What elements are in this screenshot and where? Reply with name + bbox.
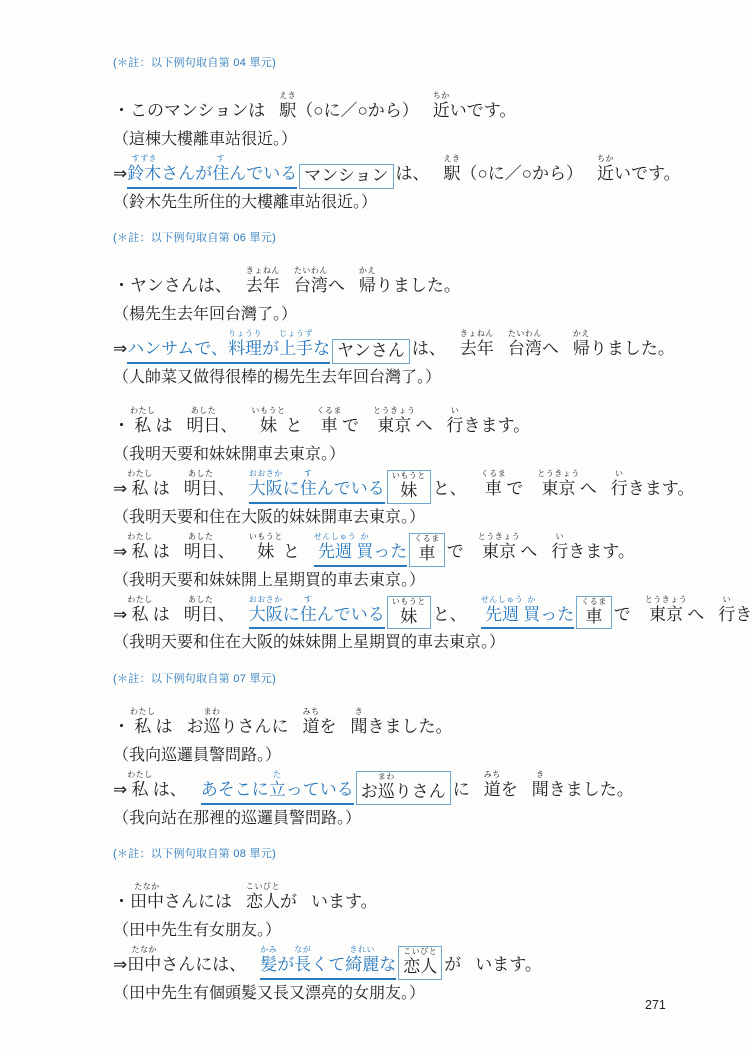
example-sentence: ・このマンションはえき駅（○に／○から）ちか近いです。: [113, 92, 720, 126]
base-text: 料理: [228, 339, 262, 359]
furigana: わたし: [127, 470, 153, 478]
base-text: きます。: [464, 416, 531, 436]
word-token: とうきょう東京: [373, 407, 416, 441]
word-token: を: [501, 780, 518, 805]
word-token: りさん: [395, 782, 446, 802]
base-text: で: [506, 479, 523, 499]
base-text: 車: [481, 479, 507, 499]
example-sentence: ・わたし私はおまわ巡りさんにみち道をき聞きました。: [113, 708, 720, 742]
base-text: 立: [269, 780, 286, 800]
base-text: ヤンさんは、: [130, 276, 232, 296]
modifier-token: んでいる: [317, 479, 385, 504]
word-token: は、: [412, 339, 446, 364]
base-text: へ: [520, 542, 537, 562]
word-token: たなか田中: [130, 883, 164, 917]
base-text: を: [320, 717, 337, 737]
word-token: わたし私: [130, 708, 156, 742]
modifier-token: す住: [212, 155, 229, 189]
furigana: くるま: [581, 598, 607, 606]
base-text: 鈴木: [127, 164, 161, 184]
modified-noun-box: おまわ巡りさん: [356, 771, 451, 805]
base-text: 上手: [279, 339, 313, 359]
word-token: ちか近: [433, 92, 450, 126]
word-token: わたし私: [127, 596, 153, 630]
bullet-marker: ・: [113, 276, 130, 301]
word-token: みち道: [303, 708, 320, 742]
base-text: んでいる: [229, 164, 297, 184]
base-text: は: [156, 416, 173, 436]
base-text: きます。: [628, 479, 695, 499]
word-token: いもうと妹: [252, 407, 286, 441]
furigana: あした: [184, 470, 218, 478]
base-text: 私: [127, 605, 153, 625]
example-sentence: ・ヤンさんは、きょねん去年たいわん台湾へかえ帰りました。: [113, 267, 720, 301]
base-text: へ: [328, 276, 345, 296]
modifier-token: りょうり料理: [228, 330, 262, 364]
word-token: まわ巡: [378, 773, 395, 802]
furigana: かみ: [260, 946, 277, 954]
word-token: わたし私: [130, 407, 156, 441]
word-token: かえ帰: [573, 330, 590, 364]
base-text: 大阪: [249, 605, 283, 625]
word-token: へ: [687, 605, 704, 630]
chinese-translation: （人帥菜又做得很棒的楊先生去年回台灣了。）: [113, 367, 720, 389]
base-text: 田中: [127, 955, 161, 975]
furigana: い: [447, 407, 464, 415]
word-token: は: [156, 416, 173, 441]
base-text: 去年: [460, 339, 494, 359]
furigana: とうきょう: [537, 470, 580, 478]
word-token: きます。: [568, 542, 635, 567]
base-text: 、: [218, 542, 235, 562]
word-token: こいびと恋人: [246, 883, 280, 917]
furigana: すずき: [127, 155, 161, 163]
base-text: 大阪: [249, 479, 283, 499]
example-section: (＊註：以下例句取自第 06 單元)・ヤンさんは、きょねん去年たいわん台湾へかえ…: [113, 232, 720, 655]
chinese-translation: （我向站在那裡的巡邏員警問路。）: [113, 808, 720, 830]
modifier-token: が: [277, 955, 294, 980]
textbook-page: (＊註：以下例句取自第 04 單元)・このマンションはえき駅（○に／○から）ちか…: [0, 0, 750, 1054]
word-token: わたし私: [127, 533, 153, 567]
base-text: で: [614, 605, 631, 625]
furigana: あした: [187, 407, 221, 415]
word-token: で: [447, 542, 464, 567]
base-text: 私: [127, 542, 153, 562]
furigana: す: [212, 155, 229, 163]
furigana: わたし: [127, 596, 153, 604]
base-text: 妹: [392, 607, 426, 627]
word-token: とうきょう東京: [645, 596, 688, 630]
furigana: か: [356, 533, 373, 541]
word-token: と、: [433, 605, 467, 630]
word-token: たいわん台湾: [508, 330, 542, 364]
word-token: いです。: [614, 164, 681, 189]
modified-noun-box: くるま車: [409, 533, 445, 567]
word-token: へ: [580, 479, 597, 504]
furigana: ちか: [433, 92, 450, 100]
furigana: わたし: [130, 407, 156, 415]
example-sentence: ⇒たなか田中さんには、かみ髪がなが長くてきれい綺麗なこいびと恋人がいます。: [113, 946, 720, 980]
base-text: くて: [311, 955, 345, 975]
base-text: （○に／○から）: [296, 101, 419, 121]
word-token: きました。: [368, 717, 453, 742]
word-token: （○に／○から）: [296, 101, 419, 126]
furigana: き: [532, 771, 549, 779]
modifier-token: きれい綺麗: [345, 946, 379, 980]
base-text: 私: [127, 479, 153, 499]
base-text: 行: [447, 416, 464, 436]
example-sentence: ・わたし私はあした明日、いもうと妹とくるま車でとうきょう東京へい行きます。: [113, 407, 720, 441]
furigana: た: [269, 771, 286, 779]
modifier-token: った: [373, 542, 407, 567]
base-text: 車: [317, 416, 343, 436]
modifier-token: っている: [286, 780, 354, 805]
example-sentence: ⇒わたし私はあした明日、おおさか大阪にす住んでいるいもうと妹と、せんしゅう先週か…: [113, 596, 720, 630]
word-token: に: [453, 780, 470, 805]
furigana: くるま: [317, 407, 343, 415]
base-text: 買: [523, 605, 540, 625]
word-token: きます。: [735, 605, 750, 630]
base-text: が: [262, 339, 279, 359]
base-text: りさんに: [221, 717, 289, 737]
word-token: まわ巡: [204, 708, 221, 742]
word-token: 、: [221, 416, 238, 441]
bullet-marker: ・: [113, 717, 130, 742]
furigana: いもうと: [249, 533, 283, 541]
modifier-token: な: [379, 955, 396, 980]
word-token: ちか近: [597, 155, 614, 189]
word-token: います。: [311, 892, 378, 917]
arrow-marker: ⇒: [113, 955, 127, 980]
modifier-token: んでいる: [229, 164, 297, 189]
base-text: 車: [414, 544, 440, 564]
base-text: は: [156, 717, 173, 737]
base-text: 恋人: [403, 957, 437, 977]
furigana: かえ: [359, 267, 376, 275]
furigana: くるま: [414, 535, 440, 543]
base-text: んでいる: [317, 605, 385, 625]
word-token: （○に／○から）: [461, 164, 584, 189]
base-text: は、: [412, 339, 446, 359]
furigana: たいわん: [294, 267, 328, 275]
word-token: とうきょう東京: [537, 470, 580, 504]
word-token: さんには、: [161, 955, 246, 980]
base-text: 私: [130, 717, 156, 737]
word-token: こいびと恋人: [403, 948, 437, 977]
base-text: に: [283, 605, 300, 625]
base-text: 巡: [204, 717, 221, 737]
base-text: 東京: [645, 605, 688, 625]
base-text: は、: [396, 164, 430, 184]
modified-noun-box: くるま車: [576, 596, 612, 630]
modifier-token: せんしゅう先週: [314, 533, 357, 567]
example-sentence: ⇒ハンサムで、りょうり料理がじょうず上手なヤンさんは、きょねん去年たいわん台湾へ…: [113, 330, 720, 364]
base-text: （○に／○から）: [461, 164, 584, 184]
word-token: は: [153, 479, 170, 504]
word-token: あした明日: [184, 470, 218, 504]
furigana: くるま: [481, 470, 507, 478]
base-text: った: [373, 542, 407, 562]
furigana: かえ: [573, 330, 590, 338]
base-text: 綺麗: [345, 955, 379, 975]
base-text: と: [286, 416, 303, 436]
word-token: あした明日: [187, 407, 221, 441]
modified-noun-box: マンション: [299, 164, 393, 189]
word-token: と: [283, 542, 300, 567]
base-text: 髪: [260, 955, 277, 975]
base-text: きました。: [549, 780, 634, 800]
modifier-token: あそこに: [201, 780, 269, 805]
word-token: いもうと妹: [392, 598, 426, 627]
base-text: 台湾: [294, 276, 328, 296]
base-text: で: [342, 416, 359, 436]
word-token: き聞: [532, 771, 549, 805]
base-text: な: [379, 955, 396, 975]
base-text: 恋人: [246, 892, 280, 912]
base-text: と: [283, 542, 300, 562]
furigana: い: [551, 533, 568, 541]
base-text: へ: [580, 479, 597, 499]
page-number: 271: [645, 998, 666, 1012]
chinese-translation: （楊先生去年回台灣了。）: [113, 304, 720, 326]
base-text: は: [153, 605, 170, 625]
furigana: なが: [294, 946, 311, 954]
base-text: 住: [300, 605, 317, 625]
base-text: 、: [218, 479, 235, 499]
base-text: っている: [286, 780, 354, 800]
modifier-token: かみ髪: [260, 946, 277, 980]
modifier-token: な: [313, 339, 330, 364]
base-text: ヤンさん: [337, 341, 405, 361]
base-text: と、: [433, 479, 467, 499]
modifier-token: すずき鈴木: [127, 155, 161, 189]
furigana: いもうと: [392, 472, 426, 480]
modifier-token: た立: [269, 771, 286, 805]
word-token: き聞: [351, 708, 368, 742]
example-section: (＊註：以下例句取自第 08 單元)・たなか田中さんにはこいびと恋人がいます。（…: [113, 848, 720, 1005]
furigana: たなか: [127, 946, 161, 954]
base-text: 先週: [314, 542, 357, 562]
unit-note: (＊註：以下例句取自第 04 單元): [113, 57, 720, 70]
word-token: へ: [416, 416, 433, 441]
base-text: このマンションは: [130, 101, 265, 121]
base-text: に: [283, 479, 300, 499]
base-text: 聞: [532, 780, 549, 800]
base-text: 明日: [184, 605, 218, 625]
word-token: きます。: [464, 416, 531, 441]
word-token: 、: [218, 479, 235, 504]
base-text: います。: [311, 892, 378, 912]
furigana: わたし: [127, 533, 153, 541]
modifier-token: ハンサムで、: [127, 339, 228, 364]
base-text: りさん: [395, 782, 446, 802]
bullet-marker: ・: [113, 101, 130, 126]
base-text: 私: [130, 416, 156, 436]
base-text: 、: [221, 416, 238, 436]
chinese-translation: （我明天要和妹妹開車去東京。）: [113, 444, 720, 466]
word-token: きます。: [628, 479, 695, 504]
modifier-token: す住: [300, 596, 317, 630]
furigana: いもうと: [252, 407, 286, 415]
furigana: いもうと: [392, 598, 426, 606]
word-token: は: [156, 717, 173, 742]
word-token: は: [153, 605, 170, 630]
bullet-marker: ・: [113, 416, 130, 441]
base-text: 住: [212, 164, 229, 184]
word-token: りました。: [590, 339, 675, 364]
furigana: とうきょう: [373, 407, 416, 415]
base-text: います。: [475, 955, 542, 975]
base-text: った: [540, 605, 574, 625]
furigana: おおさか: [249, 596, 283, 604]
furigana: ちか: [597, 155, 614, 163]
furigana: せんしゅう: [481, 596, 524, 604]
word-token: わたし私: [127, 771, 153, 805]
word-token: を: [320, 717, 337, 742]
base-text: 明日: [187, 416, 221, 436]
base-text: んでいる: [317, 479, 385, 499]
furigana: たなか: [130, 883, 164, 891]
base-text: 妹: [249, 542, 283, 562]
furigana: わたし: [127, 771, 153, 779]
modifier-token: か買: [523, 596, 540, 630]
chinese-translation: （田中先生有個頭髮又長又漂亮的女朋友。）: [113, 983, 720, 1005]
word-token: マンション: [304, 166, 388, 186]
word-token: へ: [328, 276, 345, 301]
word-token: は、: [153, 780, 187, 805]
furigana: まわ: [378, 773, 395, 781]
base-text: 私: [127, 780, 153, 800]
base-text: が: [280, 892, 297, 912]
chinese-translation: （鈴木先生所住的大樓離車站很近。）: [113, 192, 720, 214]
base-text: 、: [218, 605, 235, 625]
word-token: きょねん去年: [460, 330, 494, 364]
arrow-marker: ⇒: [113, 479, 127, 504]
furigana: か: [523, 596, 540, 604]
word-token: このマンションは: [130, 101, 265, 126]
base-text: 買: [356, 542, 373, 562]
furigana: えき: [444, 155, 461, 163]
word-token: くるま車: [317, 407, 343, 441]
word-token: で: [614, 605, 631, 630]
base-text: 行: [551, 542, 568, 562]
base-text: 近: [433, 101, 450, 121]
base-text: 先週: [481, 605, 524, 625]
word-token: いもうと妹: [249, 533, 283, 567]
modified-noun-box: いもうと妹: [387, 470, 431, 504]
chinese-translation: （我明天要和住在大阪的妹妹開上星期買的車去東京。）: [113, 632, 720, 654]
base-text: マンション: [304, 166, 388, 186]
base-text: 帰: [573, 339, 590, 359]
word-token: いです。: [450, 101, 517, 126]
base-text: 明日: [184, 479, 218, 499]
word-token: で: [342, 416, 359, 441]
base-text: りました。: [376, 276, 461, 296]
base-text: 東京: [537, 479, 580, 499]
modifier-token: か買: [356, 533, 373, 567]
word-token: さんには: [164, 892, 232, 917]
modifier-token: す住: [300, 470, 317, 504]
arrow-marker: ⇒: [113, 542, 127, 567]
arrow-marker: ⇒: [113, 605, 127, 630]
furigana: わたし: [130, 708, 156, 716]
arrow-marker: ⇒: [113, 164, 127, 189]
modifier-token: が: [262, 339, 279, 364]
base-text: 車: [581, 607, 607, 627]
arrow-marker: ⇒: [113, 780, 127, 805]
word-token: えき駅: [444, 155, 461, 189]
word-token: りさんに: [221, 717, 289, 742]
example-group: ・わたし私はおまわ巡りさんにみち道をき聞きました。（我向巡邏員警問路。）⇒わたし…: [113, 708, 720, 830]
word-token: へ: [520, 542, 537, 567]
base-text: が: [444, 955, 461, 975]
base-text: が: [277, 955, 294, 975]
example-section: (＊註：以下例句取自第 07 單元)・わたし私はおまわ巡りさんにみち道をき聞きま…: [113, 673, 720, 830]
example-group: ・このマンションはえき駅（○に／○から）ちか近いです。（這棟大樓離車站很近。）⇒…: [113, 92, 720, 214]
word-token: お: [361, 782, 378, 802]
word-token: ヤンさん: [337, 341, 405, 361]
modifier-token: に: [283, 605, 300, 630]
example-sentence: ⇒わたし私は、あそこにた立っているおまわ巡りさんにみち道をき聞きました。: [113, 771, 720, 805]
furigana: りょうり: [228, 330, 262, 338]
modified-noun-box: こいびと恋人: [398, 946, 442, 980]
base-text: 東京: [373, 416, 416, 436]
furigana: みち: [303, 708, 320, 716]
furigana: い: [718, 596, 735, 604]
furigana: い: [611, 470, 628, 478]
example-sentence: ⇒わたし私はあした明日、おおさか大阪にす住んでいるいもうと妹と、くるま車でとうき…: [113, 470, 720, 504]
furigana: こいびと: [403, 948, 437, 956]
base-text: 巡: [378, 782, 395, 802]
modifier-token: に: [283, 479, 300, 504]
example-group: ・わたし私はあした明日、いもうと妹とくるま車でとうきょう東京へい行きます。（我明…: [113, 407, 720, 655]
word-token: たなか田中: [127, 946, 161, 980]
base-text: へ: [542, 339, 559, 359]
word-token: います。: [475, 955, 542, 980]
base-text: きます。: [568, 542, 635, 562]
word-token: い行: [447, 407, 464, 441]
base-text: 行: [611, 479, 628, 499]
furigana: とうきょう: [645, 596, 688, 604]
base-text: へ: [416, 416, 433, 436]
base-text: ハンサムで、: [127, 339, 228, 359]
base-text: は: [153, 542, 170, 562]
base-text: に: [453, 780, 470, 800]
base-text: 住: [300, 479, 317, 499]
base-text: 駅: [444, 164, 461, 184]
modifier-token: おおさか大阪: [249, 470, 283, 504]
word-token: い行: [718, 596, 735, 630]
base-text: さんには: [164, 892, 232, 912]
word-token: くるま車: [581, 598, 607, 627]
base-text: 妹: [252, 416, 286, 436]
word-token: とうきょう東京: [478, 533, 521, 567]
furigana: たいわん: [508, 330, 542, 338]
chinese-translation: （我明天要和妹妹開上星期買的車去東京。）: [113, 570, 720, 592]
word-token: 、: [218, 605, 235, 630]
word-token: は: [153, 542, 170, 567]
base-text: さんには、: [161, 955, 246, 975]
word-token: きょねん去年: [246, 267, 280, 301]
modifier-token: なが長: [294, 946, 311, 980]
example-sentence: ・たなか田中さんにはこいびと恋人がいます。: [113, 883, 720, 917]
word-token: お: [187, 717, 204, 742]
word-token: いもうと妹: [392, 472, 426, 501]
base-text: を: [501, 780, 518, 800]
base-text: 道: [303, 717, 320, 737]
base-text: 明日: [184, 542, 218, 562]
word-token: あした明日: [184, 533, 218, 567]
